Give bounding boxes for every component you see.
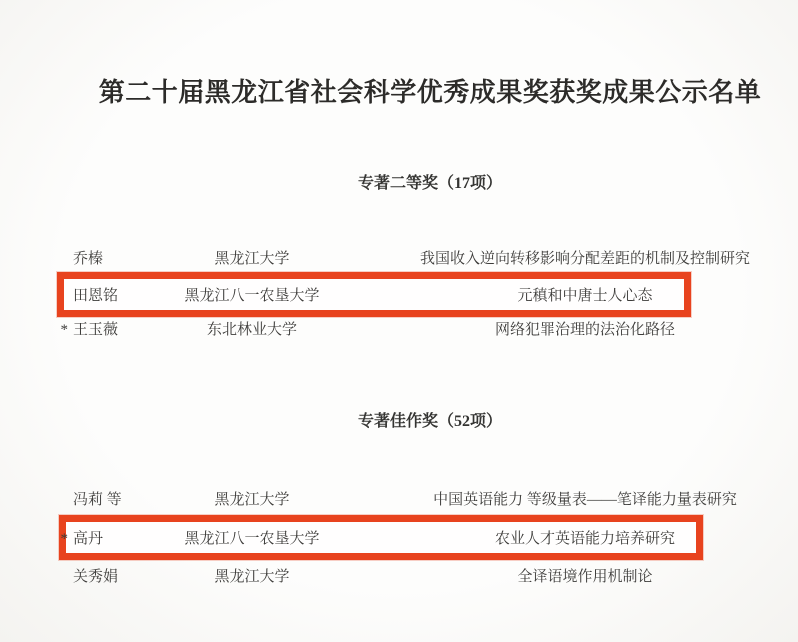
author-name: 关秀娟	[73, 568, 118, 586]
university-name: 黑龙江大学	[152, 568, 352, 586]
table-row-highlighted: *高丹 黑龙江八一农垦大学 农业人才英语能力培养研究	[0, 530, 798, 550]
table-row: 乔榛 黑龙江大学 我国收入逆向转移影响分配差距的机制及控制研究	[0, 250, 798, 270]
section-heading-excellent-work: 专著佳作奖（52项）	[62, 408, 798, 431]
university-name: 东北林业大学	[152, 321, 352, 339]
author-name-text: 高丹	[73, 531, 103, 547]
author-name-text: 王玉薇	[73, 322, 118, 338]
author-name: 乔榛	[73, 250, 103, 268]
work-title: 农业人才英语能力培养研究	[372, 530, 798, 548]
work-title: 网络犯罪治理的法治化路径	[372, 321, 798, 339]
university-name: 黑龙江大学	[152, 491, 352, 509]
star-marker: *	[61, 530, 74, 548]
work-title: 元稹和中唐士人心态	[372, 287, 798, 305]
table-row: *王玉薇 东北林业大学 网络犯罪治理的法治化路径	[0, 321, 798, 341]
work-title: 我国收入逆向转移影响分配差距的机制及控制研究	[372, 250, 798, 268]
table-row: 冯莉 等 黑龙江大学 中国英语能力 等级量表——笔译能力量表研究	[0, 491, 798, 511]
author-name-text: 关秀娟	[73, 569, 118, 585]
author-name: 冯莉 等	[73, 491, 122, 509]
table-row-highlighted: 田恩铭 黑龙江八一农垦大学 元稹和中唐士人心态	[0, 287, 798, 307]
author-name: *高丹	[73, 530, 103, 548]
page-title: 第二十届黑龙江省社会科学优秀成果奖获奖成果公示名单	[62, 72, 798, 109]
university-name: 黑龙江八一农垦大学	[152, 530, 352, 548]
university-name: 黑龙江八一农垦大学	[152, 287, 352, 305]
university-name: 黑龙江大学	[152, 250, 352, 268]
table-row: 关秀娟 黑龙江大学 全译语境作用机制论	[0, 568, 798, 588]
work-title: 中国英语能力 等级量表——笔译能力量表研究	[372, 491, 798, 509]
star-marker: *	[61, 321, 74, 339]
author-name-text: 乔榛	[73, 251, 103, 267]
author-name-text: 田恩铭	[73, 288, 118, 304]
author-name: *王玉薇	[73, 321, 118, 339]
section-heading-second-prize: 专著二等奖（17项）	[62, 170, 798, 193]
author-name: 田恩铭	[73, 287, 118, 305]
work-title: 全译语境作用机制论	[372, 568, 798, 586]
author-name-text: 冯莉 等	[73, 492, 122, 508]
